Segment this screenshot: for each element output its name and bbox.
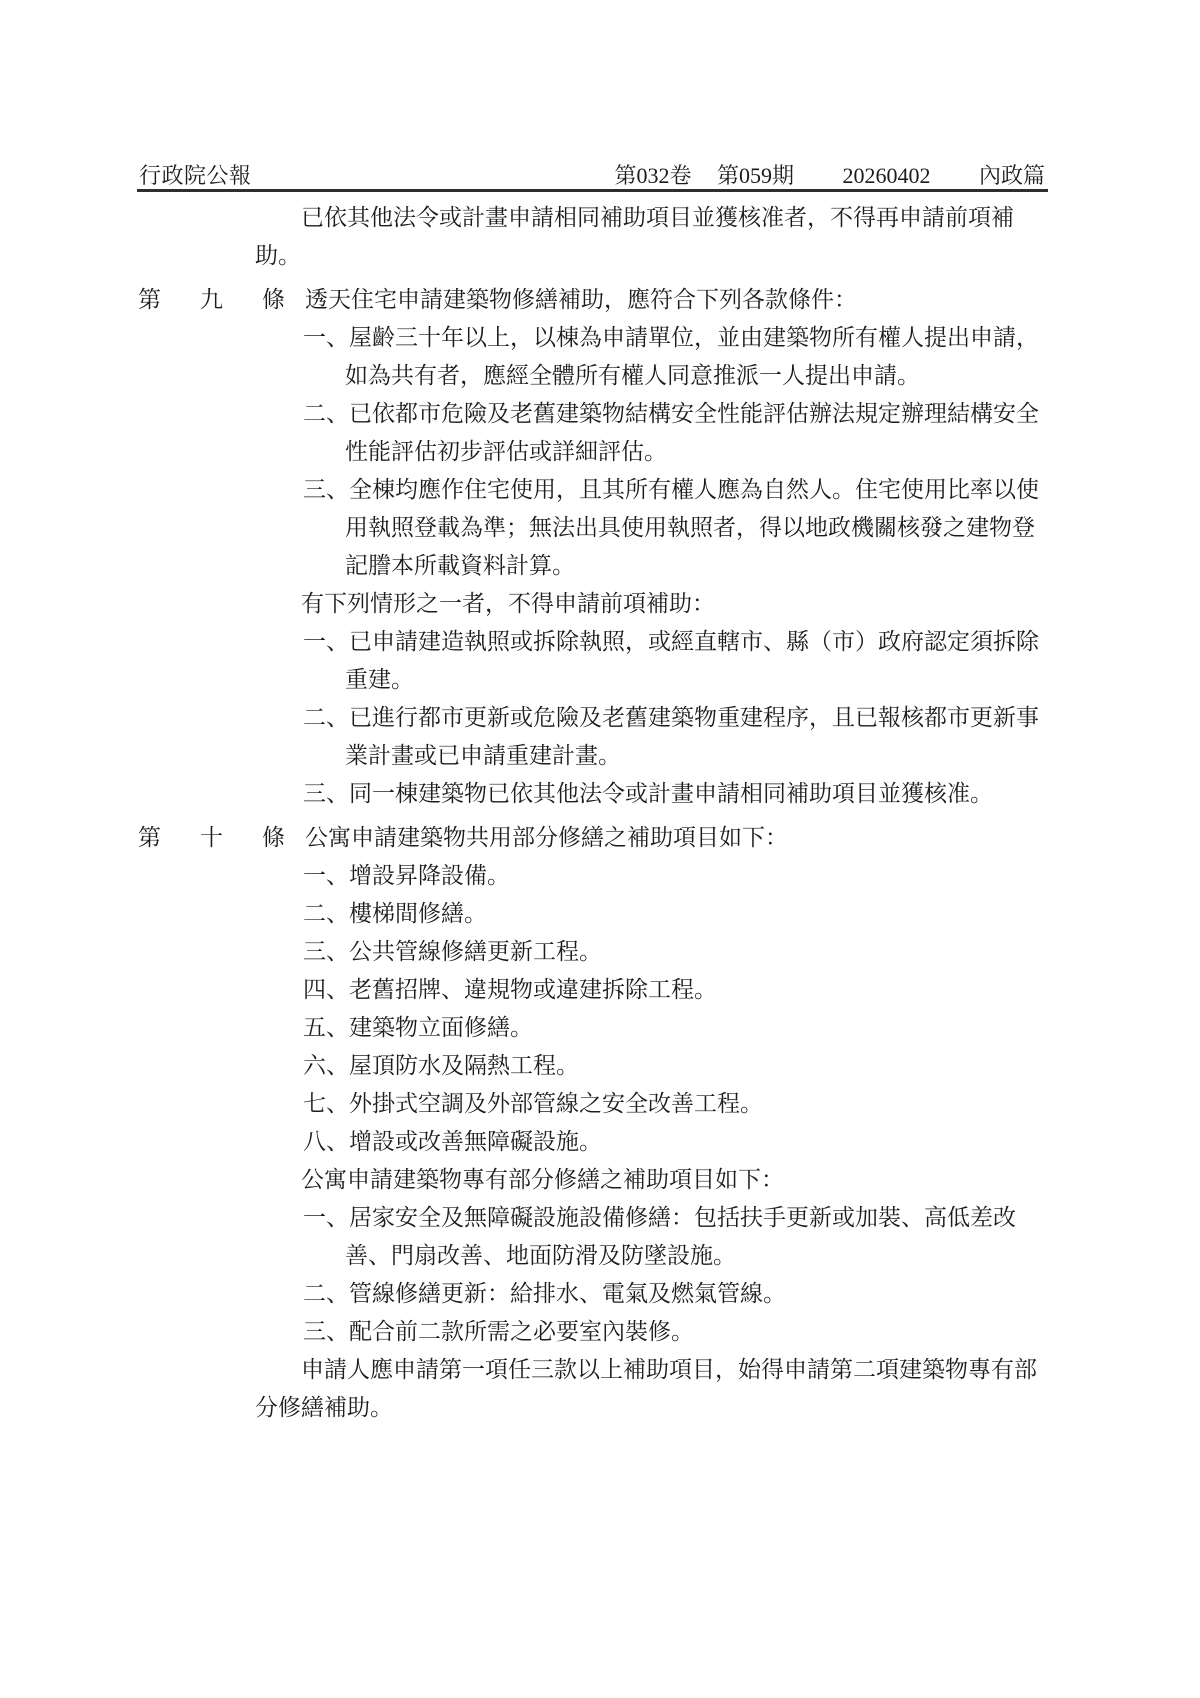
document-line: 三、全棟均應作住宅使用，且其所有權人應為自然人。住宅使用比率以使	[0, 471, 1200, 509]
document-line: 善、門扇改善、地面防滑及防墜設施。	[0, 1237, 1200, 1275]
document-line: 二、管線修繕更新：給排水、電氣及燃氣管線。	[0, 1275, 1200, 1313]
line-text: 助。	[255, 243, 301, 268]
document-line: 五、建築物立面修繕。	[0, 1009, 1200, 1047]
line-text: 一、居家安全及無障礙設施設備修繕：包括扶手更新或加裝、高低差改	[303, 1205, 1016, 1230]
document-line: 有下列情形之一者，不得申請前項補助：	[0, 585, 1200, 623]
document-line: 重建。	[0, 661, 1200, 699]
line-text: 記謄本所載資料計算。	[345, 553, 575, 578]
article-number: 第十條	[138, 819, 324, 857]
line-text: 三、同一棟建築物已依其他法令或計畫申請相同補助項目並獲核准。	[303, 781, 993, 806]
document-line: 六、屋頂防水及隔熱工程。	[0, 1047, 1200, 1085]
document-line: 一、已申請建造執照或拆除執照，或經直轄市、縣（市）政府認定須拆除	[0, 623, 1200, 661]
header-meta: 第032卷 第059期 20260402 內政篇	[614, 163, 1045, 189]
line-text: 六、屋頂防水及隔熱工程。	[303, 1053, 579, 1078]
line-text: 公寓申請建築物共用部分修繕之補助項目如下：	[305, 825, 788, 850]
article-number: 第九條	[138, 281, 324, 319]
line-text: 重建。	[345, 667, 414, 692]
section-label: 內政篇	[979, 163, 1045, 189]
document-line: 一、增設昇降設備。	[0, 857, 1200, 895]
document-line: 已依其他法令或計畫申請相同補助項目並獲核准者，不得再申請前項補	[0, 199, 1200, 237]
document-line: 三、公共管線修繕更新工程。	[0, 933, 1200, 971]
line-text: 二、樓梯間修繕。	[303, 901, 487, 926]
line-text: 二、已依都市危險及老舊建築物結構安全性能評估辦法規定辦理結構安全	[303, 401, 1039, 426]
line-text: 性能評估初步評估或詳細評估。	[345, 439, 667, 464]
line-text: 透天住宅申請建築物修繕補助，應符合下列各款條件：	[305, 287, 857, 312]
document-line: 四、老舊招牌、違規物或違建拆除工程。	[0, 971, 1200, 1009]
line-text: 五、建築物立面修繕。	[303, 1015, 533, 1040]
line-text: 四、老舊招牌、違規物或違建拆除工程。	[303, 977, 717, 1002]
line-text: 一、屋齡三十年以上，以棟為申請單位，並由建築物所有權人提出申請，	[303, 325, 1039, 350]
line-text: 有下列情形之一者，不得申請前項補助：	[301, 591, 715, 616]
document-line: 二、已依都市危險及老舊建築物結構安全性能評估辦法規定辦理結構安全	[0, 395, 1200, 433]
line-text: 二、管線修繕更新：給排水、電氣及燃氣管線。	[303, 1281, 786, 1306]
document-line: 申請人應申請第一項任三款以上補助項目，始得申請第二項建築物專有部	[0, 1351, 1200, 1389]
issue-label: 第059期	[717, 163, 794, 189]
document-line: 公寓申請建築物專有部分修繕之補助項目如下：	[0, 1161, 1200, 1199]
document-line: 分修繕補助。	[0, 1389, 1200, 1427]
line-text: 申請人應申請第一項任三款以上補助項目，始得申請第二項建築物專有部	[301, 1357, 1037, 1382]
document-line: 性能評估初步評估或詳細評估。	[0, 433, 1200, 471]
line-text: 三、公共管線修繕更新工程。	[303, 939, 602, 964]
article-line: 第十條公寓申請建築物共用部分修繕之補助項目如下：	[0, 819, 1200, 857]
document-line: 助。	[0, 237, 1200, 275]
line-text: 分修繕補助。	[255, 1395, 393, 1420]
document-line: 七、外掛式空調及外部管線之安全改善工程。	[0, 1085, 1200, 1123]
line-text: 一、已申請建造執照或拆除執照，或經直轄市、縣（市）政府認定須拆除	[303, 629, 1039, 654]
document-line: 業計畫或已申請重建計畫。	[0, 737, 1200, 775]
document-line: 用執照登載為準；無法出具使用執照者，得以地政機關核發之建物登	[0, 509, 1200, 547]
document-line: 三、配合前二款所需之必要室內裝修。	[0, 1313, 1200, 1351]
line-text: 公寓申請建築物專有部分修繕之補助項目如下：	[301, 1167, 784, 1192]
document-line: 如為共有者，應經全體所有權人同意推派一人提出申請。	[0, 357, 1200, 395]
line-text: 七、外掛式空調及外部管線之安全改善工程。	[303, 1091, 763, 1116]
document-line: 三、同一棟建築物已依其他法令或計畫申請相同補助項目並獲核准。	[0, 775, 1200, 813]
line-text: 一、增設昇降設備。	[303, 863, 510, 888]
gazette-page: 行政院公報 第032卷 第059期 20260402 內政篇 已依其他法令或計畫…	[0, 0, 1200, 1698]
line-text: 如為共有者，應經全體所有權人同意推派一人提出申請。	[345, 363, 920, 388]
publication-title: 行政院公報	[139, 163, 252, 189]
line-text: 已依其他法令或計畫申請相同補助項目並獲核准者，不得再申請前項補	[301, 205, 1014, 230]
document-line: 二、樓梯間修繕。	[0, 895, 1200, 933]
document-body: 已依其他法令或計畫申請相同補助項目並獲核准者，不得再申請前項補助。第九條透天住宅…	[0, 199, 1200, 1427]
line-text: 業計畫或已申請重建計畫。	[345, 743, 621, 768]
line-text: 用執照登載為準；無法出具使用執照者，得以地政機關核發之建物登	[345, 515, 1035, 540]
line-text: 八、增設或改善無障礙設施。	[303, 1129, 602, 1154]
date-label: 20260402	[842, 163, 930, 189]
line-text: 善、門扇改善、地面防滑及防墜設施。	[345, 1243, 736, 1268]
line-text: 二、已進行都市更新或危險及老舊建築物重建程序，且已報核都市更新事	[303, 705, 1039, 730]
line-text: 三、全棟均應作住宅使用，且其所有權人應為自然人。住宅使用比率以使	[303, 477, 1039, 502]
document-line: 一、居家安全及無障礙設施設備修繕：包括扶手更新或加裝、高低差改	[0, 1199, 1200, 1237]
document-line: 一、屋齡三十年以上，以棟為申請單位，並由建築物所有權人提出申請，	[0, 319, 1200, 357]
document-line: 八、增設或改善無障礙設施。	[0, 1123, 1200, 1161]
header-divider	[137, 189, 1048, 192]
document-line: 記謄本所載資料計算。	[0, 547, 1200, 585]
volume-label: 第032卷	[614, 163, 691, 189]
document-line: 二、已進行都市更新或危險及老舊建築物重建程序，且已報核都市更新事	[0, 699, 1200, 737]
article-line: 第九條透天住宅申請建築物修繕補助，應符合下列各款條件：	[0, 281, 1200, 319]
line-text: 三、配合前二款所需之必要室內裝修。	[303, 1319, 694, 1344]
